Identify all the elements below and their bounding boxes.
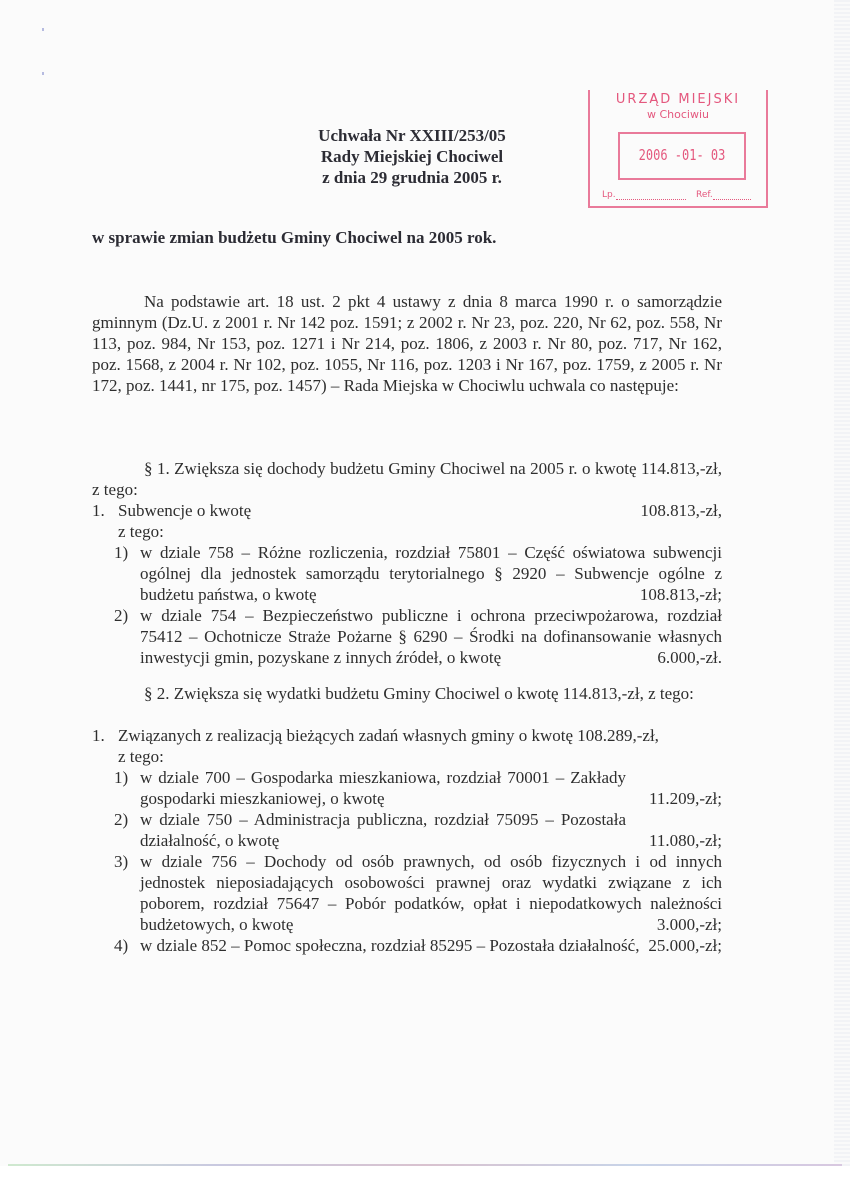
item-text: Związanych z realizacją bieżących zadań … (92, 725, 722, 746)
stamp-city: w Chociwiu (590, 108, 766, 121)
subitem-amount: 3.000,-zł; (651, 914, 722, 935)
receipt-stamp: URZĄD MIEJSKI w Chociwiu 2006 -01- 03 Lp… (588, 90, 768, 208)
item-number: 1. (92, 500, 105, 521)
scan-speck (42, 72, 44, 75)
scan-edge-right (834, 0, 850, 1170)
subitem-amount: 11.209,-zł; (649, 788, 722, 809)
stamp-ref: Ref. (696, 190, 751, 200)
resolution-date: z dnia 29 grudnia 2005 r. (292, 167, 532, 188)
stamp-date-box: 2006 -01- 03 (618, 132, 746, 180)
subitem-number: 1) (114, 542, 128, 563)
stamp-lp: Lp. (602, 190, 686, 200)
stamp-lp-label: Lp. (602, 190, 616, 200)
subitem-amount: 108.813,-zł; (634, 584, 722, 605)
stamp-date: 2006 -01- 03 (632, 146, 731, 164)
council-name: Rady Miejskiej Chociwel (292, 146, 532, 167)
subitem-text: w dziale 852 – Pomoc społeczna, rozdział… (92, 935, 722, 956)
item-sub-intro: z tego: (92, 746, 722, 767)
item-amount: 108.813,-zł, (640, 500, 722, 521)
section2-subitem-1: 1) w dziale 700 – Gospodarka mieszkaniow… (92, 767, 722, 809)
resolution-subject: w sprawie zmian budżetu Gminy Chociwel n… (92, 228, 496, 248)
subitem-text-content: w dziale 754 – Bezpieczeństwo publiczne … (140, 606, 722, 667)
subitem-text-content: w dziale 852 – Pomoc społeczna, rozdział… (140, 936, 698, 955)
subitem-number: 4) (114, 935, 128, 956)
stamp-ref-label: Ref. (696, 190, 713, 200)
item-text: Subwencje o kwotę (118, 501, 251, 520)
preamble: Na podstawie art. 18 ust. 2 pkt 4 ustawy… (92, 291, 722, 396)
item-sub-intro: z tego: (92, 521, 722, 542)
stamp-lp-line (616, 199, 686, 200)
subitem-amount: 6.000,-zł. (651, 647, 722, 668)
subitem-text-content: w dziale 700 – Gospodarka mieszkaniowa, … (140, 768, 626, 808)
resolution-number: Uchwała Nr XXIII/253/05 (292, 125, 532, 146)
section1-subitem-1: 1) w dziale 758 – Różne rozliczenia, roz… (92, 542, 722, 605)
subitem-text: w dziale 700 – Gospodarka mieszkaniowa, … (92, 767, 722, 809)
subitem-text: w dziale 756 – Dochody od osób prawnych,… (92, 851, 722, 935)
scan-speck (42, 28, 44, 31)
subitem-text-content: w dziale 756 – Dochody od osób prawnych,… (140, 852, 722, 934)
section2-subitem-2: 2) w dziale 750 – Administracja publiczn… (92, 809, 722, 851)
subitem-text: w dziale 758 – Różne rozliczenia, rozdzi… (92, 542, 722, 605)
scan-background (0, 1166, 850, 1193)
section2-intro: § 2. Zwiększa się wydatki budżetu Gminy … (92, 683, 722, 704)
subitem-number: 3) (114, 851, 128, 872)
section1-intro: § 1. Zwiększa się dochody budżetu Gminy … (92, 458, 722, 500)
item-number: 1. (92, 725, 105, 746)
subitem-amount: 11.080,-zł; (649, 830, 722, 851)
section2-subitem-4: 4) w dziale 852 – Pomoc społeczna, rozdz… (92, 935, 722, 956)
subitem-number: 2) (114, 605, 128, 626)
subitem-number: 2) (114, 809, 128, 830)
stamp-office: URZĄD MIEJSKI (590, 92, 766, 107)
stamp-ref-line (713, 199, 751, 200)
section2-item1: 1. Związanych z realizacją bieżących zad… (92, 725, 722, 767)
subitem-text: w dziale 754 – Bezpieczeństwo publiczne … (92, 605, 722, 668)
subitem-text-content: w dziale 750 – Administracja publiczna, … (140, 810, 626, 850)
section1-item1: 1. Subwencje o kwotę 108.813,-zł, z tego… (92, 500, 722, 542)
resolution-header: Uchwała Nr XXIII/253/05 Rady Miejskiej C… (292, 125, 532, 188)
subitem-text: w dziale 750 – Administracja publiczna, … (92, 809, 722, 851)
subitem-number: 1) (114, 767, 128, 788)
section2-subitem-3: 3) w dziale 756 – Dochody od osób prawny… (92, 851, 722, 935)
section1-subitem-2: 2) w dziale 754 – Bezpieczeństwo publicz… (92, 605, 722, 668)
subitem-amount: 25.000,-zł; (642, 935, 722, 956)
